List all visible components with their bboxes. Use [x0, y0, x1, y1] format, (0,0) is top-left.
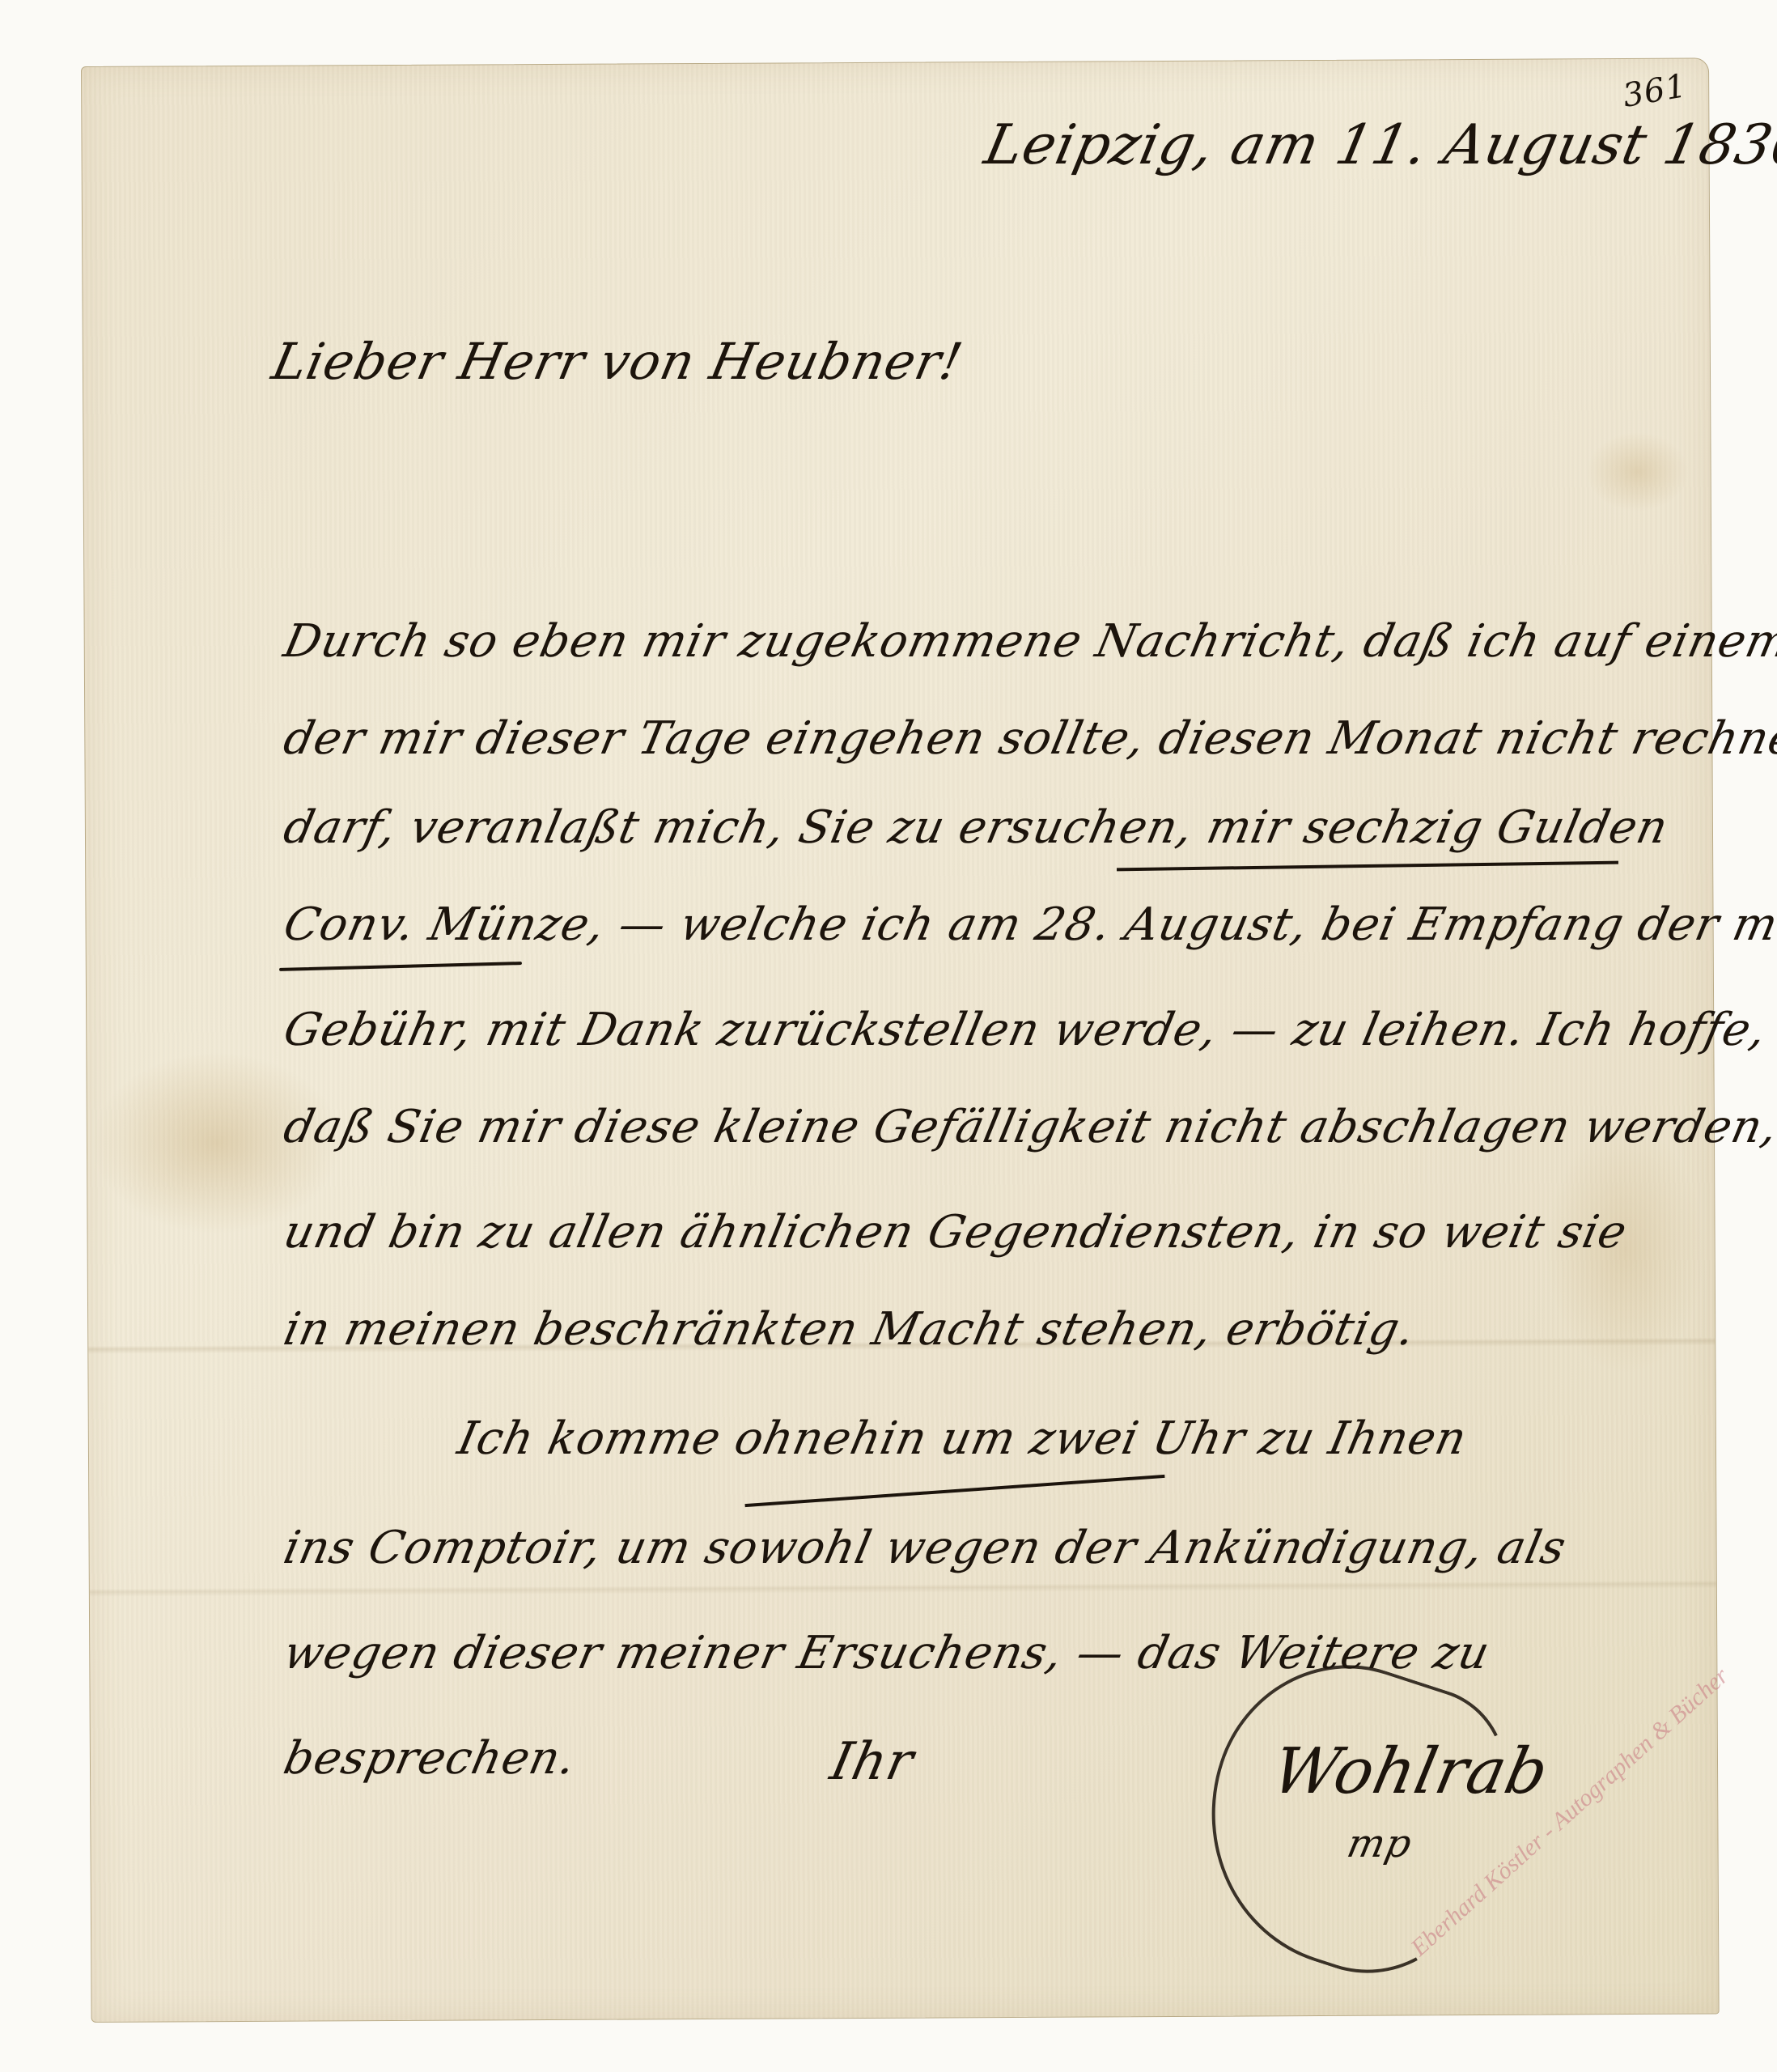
dateline: Leipzig, am 11. August 1830.	[979, 113, 1777, 177]
body-line-5: Gebühr, mit Dank zurückstellen werde, — …	[279, 1004, 1771, 1056]
body-line-6: daß Sie mir diese kleine Gefälligkeit ni…	[279, 1101, 1777, 1153]
signature-suffix: mp	[1343, 1821, 1416, 1866]
body-line-12: besprechen.	[279, 1732, 581, 1785]
body-line-9: Ich komme ohnehin um zwei Uhr zu Ihnen	[453, 1412, 1472, 1465]
body-line-3: darf, veranlaßt mich, Sie zu ersuchen, m…	[279, 801, 1673, 854]
salutation: Lieber Herr von Heubner!	[267, 332, 968, 391]
body-line-8: in meinen beschränkten Macht stehen, erb…	[279, 1303, 1420, 1356]
body-line-1: Durch so eben mir zugekommene Nachricht,…	[279, 615, 1777, 668]
closing: Ihr	[825, 1732, 919, 1792]
body-line-10: ins Comptoir, um sowohl wegen der Ankünd…	[279, 1522, 1571, 1574]
body-line-4: Conv. Münze, — welche ich am 28. August,…	[279, 898, 1777, 951]
body-line-7: und bin zu allen ähnlichen Gegendiensten…	[279, 1206, 1632, 1259]
signature: Wohlrab	[1262, 1732, 1559, 1811]
body-line-2: der mir dieser Tage eingehen sollte, die…	[279, 712, 1777, 765]
